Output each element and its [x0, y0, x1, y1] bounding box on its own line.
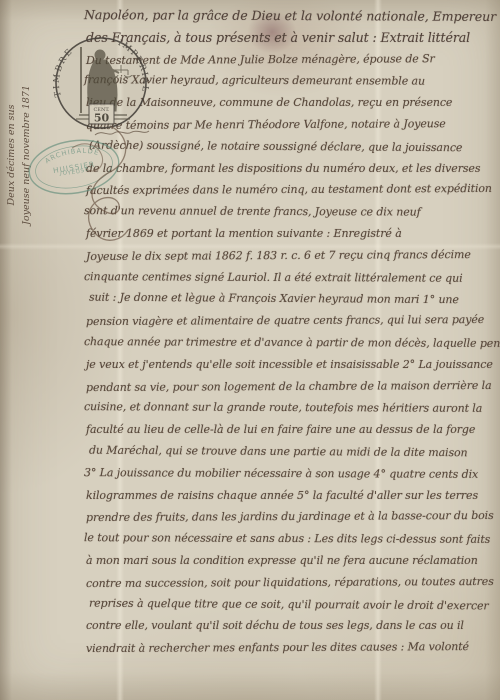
manuscript-line: kilogrammes de raisins chaque année 5° l…: [86, 485, 488, 507]
manuscript-line: Napoléon, par la grâce de Dieu et la vol…: [84, 4, 486, 28]
manuscript-line: chaque année par trimestre et d'avance à…: [84, 331, 486, 355]
manuscript-line: contre ma succession, soit pour liquidat…: [86, 571, 488, 595]
manuscript-line: à mon mari sous la condition expresse qu…: [86, 550, 488, 572]
manuscript-line: cinquante centimes signé Lauriol. Il a é…: [84, 266, 486, 290]
manuscript-page: Napoléon, par la grâce de Dieu et la vol…: [0, 0, 500, 700]
manuscript-line: du Maréchal, qui se trouve dans une part…: [89, 440, 491, 465]
manuscript-line: je veux et j'entends qu'elle soit incess…: [86, 354, 488, 376]
manuscript-line: cuisine, et donnant sur la grande route,…: [84, 396, 486, 420]
manuscript-line: pendant sa vie, pour son logement de la …: [86, 374, 488, 398]
manuscript-line: le tout pour son nécessaire et sans abus…: [84, 527, 486, 551]
manuscript-line: viendrait à rechercher mes enfants pour …: [86, 636, 488, 660]
manuscript-line: 3° La jouissance du mobilier nécessaire …: [84, 462, 486, 486]
manuscript-line: prendre des fruits, dans les jardins du …: [86, 505, 488, 529]
manuscript-line: contre elle, voulant qu'il soit déchu de…: [86, 615, 488, 637]
margin-note-tax-line: Deux décimes en sus: [4, 55, 19, 255]
manuscript-line: faculté au lieu de celle-là de lui en fa…: [86, 419, 488, 441]
manuscript-line: pension viagère et alimentaire de quatre…: [86, 309, 488, 333]
manuscript-line: suit : Je donne et lègue à François Xavi…: [89, 287, 491, 312]
clerk-signature-squiggle: [92, 124, 152, 142]
manuscript-line: reprises à quelque titre que ce soit, qu…: [89, 592, 491, 617]
